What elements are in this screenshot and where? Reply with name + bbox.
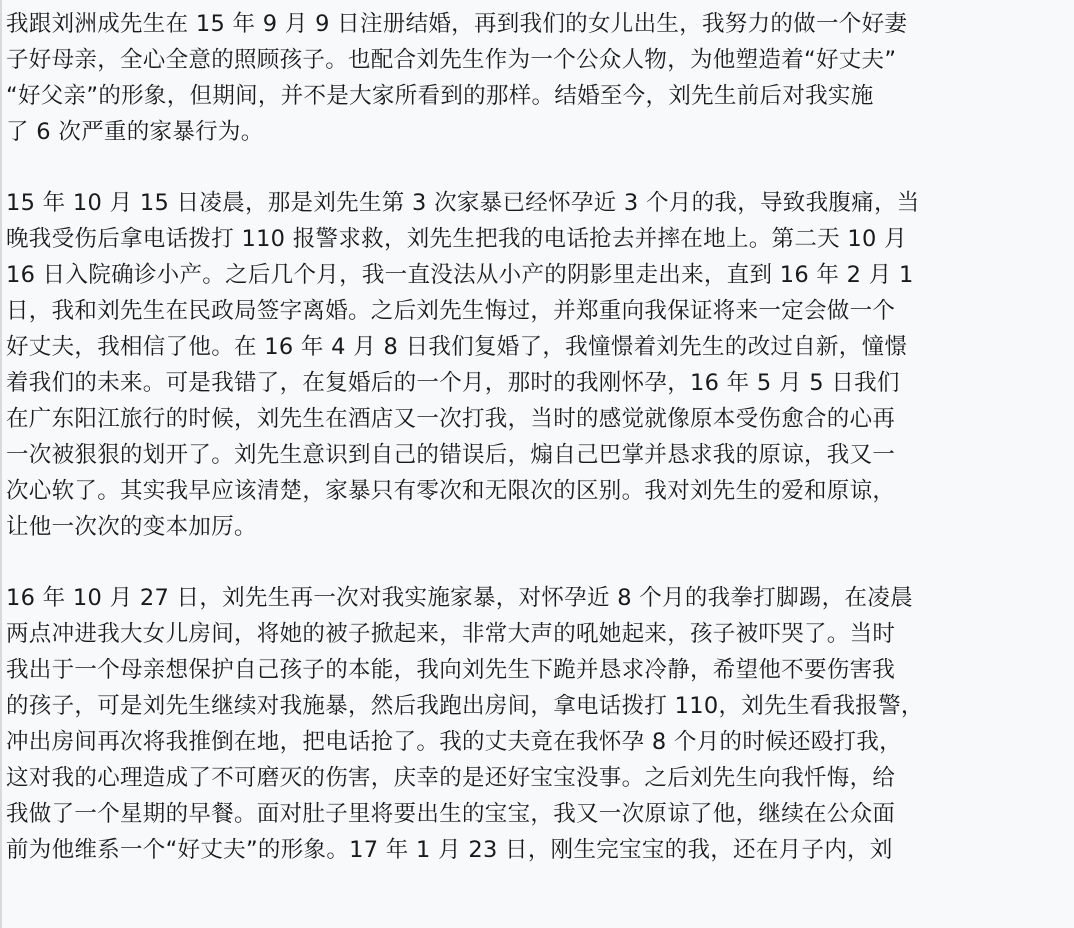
text-line: 次心软了。其实我早应该清楚，家暴只有零次和无限次的区别。我对刘先生的爱和原谅，	[6, 473, 1074, 509]
text-line: 一次被狠狠的划开了。刘先生意识到自己的错误后，煽自己巴掌并恳求我的原谅，我又一	[6, 437, 1074, 473]
text-line: 冲出房间再次将我推倒在地，把电话抢了。我的丈夫竟在我怀孕 8 个月的时候还殴打我…	[6, 724, 1074, 760]
text-line: 我出于一个母亲想保护自己孩子的本能，我向刘先生下跪并恳求冷静，希望他不要伤害我	[6, 652, 1074, 688]
document-body: 我跟刘洲成先生在 15 年 9 月 9 日注册结婚，再到我们的女儿出生，我努力的…	[0, 0, 1074, 928]
text-line: “好父亲”的形象，但期间，并不是大家所看到的那样。结婚至今，刘先生前后对我实施	[6, 78, 1074, 114]
text-line: 的孩子，可是刘先生继续对我施暴，然后我跑出房间，拿电话拨打 110，刘先生看我报…	[6, 688, 1074, 724]
paragraph-1: 我跟刘洲成先生在 15 年 9 月 9 日注册结婚，再到我们的女儿出生，我努力的…	[6, 6, 1074, 150]
text-line: 15 年 10 月 15 日凌晨，那是刘先生第 3 次家暴已经怀孕近 3 个月的…	[6, 185, 1074, 221]
text-line: 16 日入院确诊小产。之后几个月，我一直没法从小产的阴影里走出来，直到 16 年…	[6, 257, 1074, 293]
text-line: 子好母亲，全心全意的照顾孩子。也配合刘先生作为一个公众人物，为他塑造着“好丈夫”	[6, 42, 1074, 78]
text-line: 我做了一个星期的早餐。面对肚子里将要出生的宝宝，我又一次原谅了他，继续在公众面	[6, 796, 1074, 832]
text-line: 16 年 10 月 27 日，刘先生再一次对我实施家暴，对怀孕近 8 个月的我拳…	[6, 580, 1074, 616]
paragraph-2: 15 年 10 月 15 日凌晨，那是刘先生第 3 次家暴已经怀孕近 3 个月的…	[6, 185, 1074, 545]
text-line: 好丈夫，我相信了他。在 16 年 4 月 8 日我们复婚了，我憧憬着刘先生的改过…	[6, 329, 1074, 365]
text-line: 这对我的心理造成了不可磨灭的伤害，庆幸的是还好宝宝没事。之后刘先生向我忏悔，给	[6, 760, 1074, 796]
text-line: 日，我和刘先生在民政局签字离婚。之后刘先生悔过，并郑重向我保证将来一定会做一个	[6, 293, 1074, 329]
text-line: 前为他维系一个“好丈夫”的形象。17 年 1 月 23 日，刚生完宝宝的我，还在…	[6, 832, 1074, 868]
text-line: 了 6 次严重的家暴行为。	[6, 114, 1074, 150]
text-line: 让他一次次的变本加厉。	[6, 509, 1074, 545]
text-line: 我跟刘洲成先生在 15 年 9 月 9 日注册结婚，再到我们的女儿出生，我努力的…	[6, 6, 1074, 42]
text-line: 着我们的未来。可是我错了，在复婚后的一个月，那时的我刚怀孕，16 年 5 月 5…	[6, 365, 1074, 401]
text-line: 两点冲进我大女儿房间，将她的被子掀起来，非常大声的吼她起来，孩子被吓哭了。当时	[6, 616, 1074, 652]
paragraph-3: 16 年 10 月 27 日，刘先生再一次对我实施家暴，对怀孕近 8 个月的我拳…	[6, 580, 1074, 868]
text-line: 在广东阳江旅行的时候，刘先生在酒店又一次打我，当时的感觉就像原本受伤愈合的心再	[6, 401, 1074, 437]
text-line: 晚我受伤后拿电话拨打 110 报警求救，刘先生把我的电话抢去并摔在地上。第二天 …	[6, 221, 1074, 257]
